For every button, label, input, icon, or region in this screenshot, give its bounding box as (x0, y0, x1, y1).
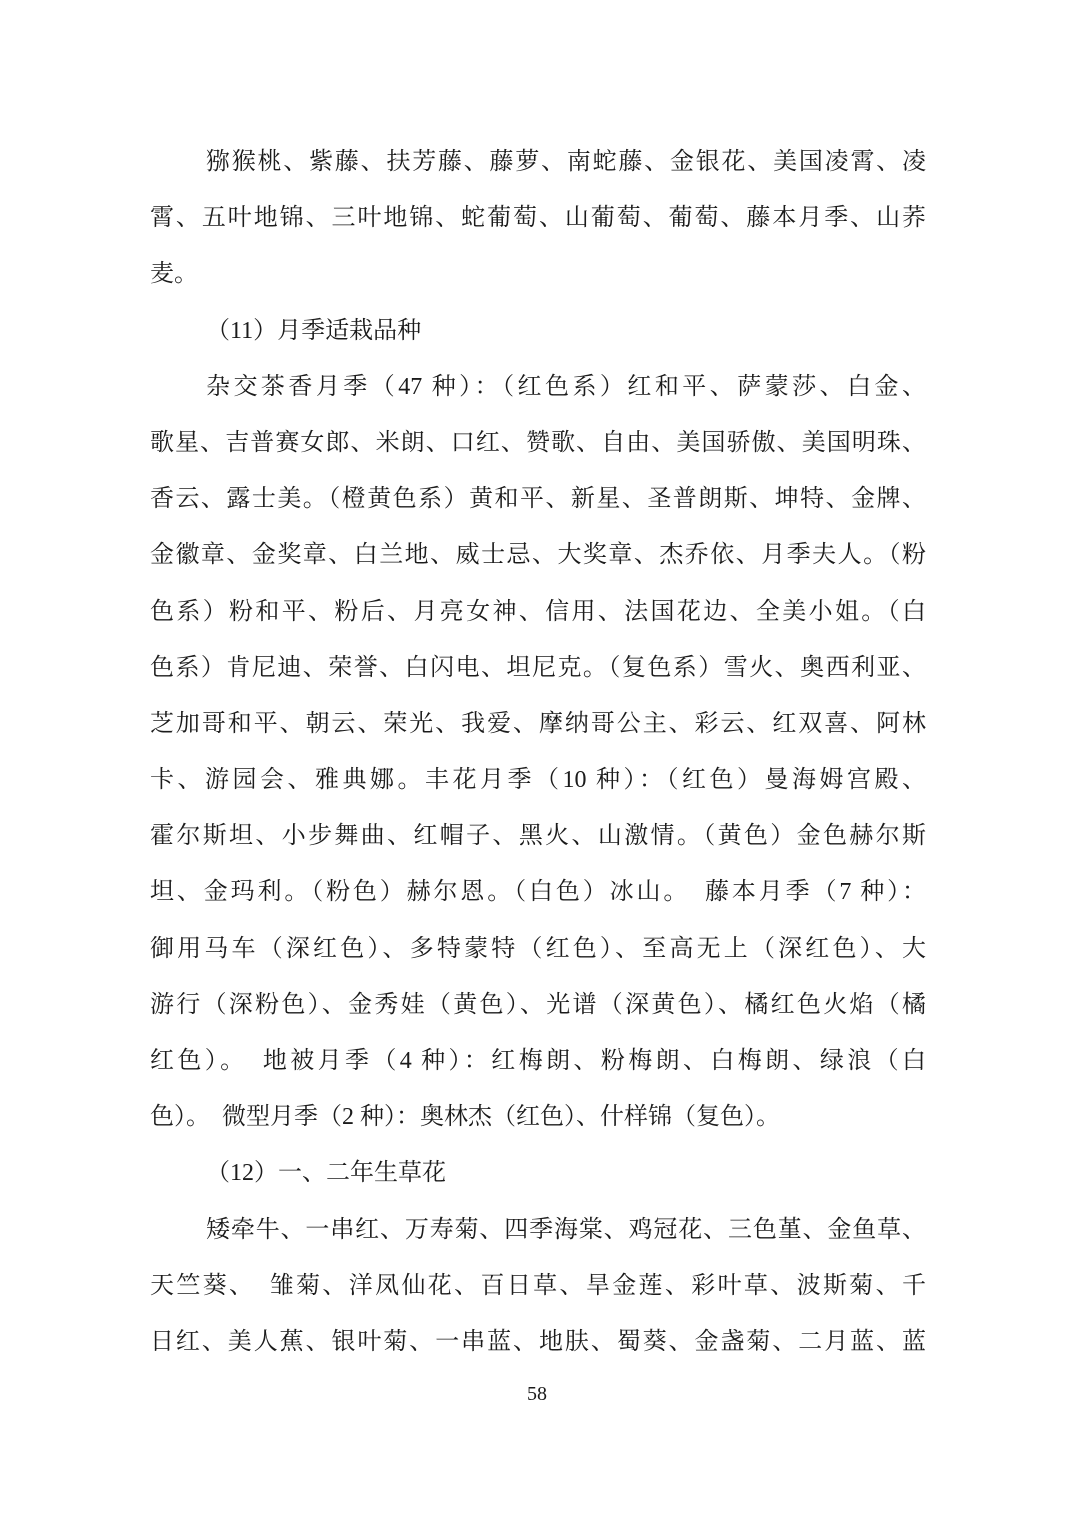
text-line: 色系）粉和平、粉后、月亮女神、信用、法国花边、全美小姐。（白 (150, 584, 926, 640)
text-line: 坦、金玛利。（粉色）赫尔恩。（白色）冰山。 藤本月季（7 种）： (150, 864, 926, 920)
page-number: 58 (0, 1381, 1074, 1407)
text-line: （12）一、二年生草花 (150, 1145, 926, 1201)
text-line: 色系）肯尼迪、荣誉、白闪电、坦尼克。（复色系）雪火、奥西利亚、 (150, 640, 926, 696)
text-line: 御用马车（深红色）、多特蒙特（红色）、至高无上（深红色）、大 (150, 921, 926, 977)
text-line: 游行（深粉色）、金秀娃（黄色）、光谱（深黄色）、橘红色火焰（橘 (150, 977, 926, 1033)
text-line: 金徽章、金奖章、白兰地、威士忌、大奖章、杰乔依、月季夫人。（粉 (150, 527, 926, 583)
document-page: 猕猴桃、紫藤、扶芳藤、藤萝、南蛇藤、金银花、美国凌霄、凌霄、五叶地锦、三叶地锦、… (0, 0, 1074, 1520)
text-line: 歌星、吉普赛女郎、米朗、口红、赞歌、自由、美国骄傲、美国明珠、 (150, 415, 926, 471)
text-line: 霍尔斯坦、小步舞曲、红帽子、黑火、山激情。（黄色）金色赫尔斯 (150, 808, 926, 864)
text-line: 天竺葵、 雏菊、洋凤仙花、百日草、旱金莲、彩叶草、波斯菊、千 (150, 1258, 926, 1314)
text-line: （11）月季适栽品种 (150, 303, 926, 359)
text-line: 色）。 微型月季（2 种）：奥林杰（红色）、什样锦（复色）。 (150, 1089, 926, 1145)
text-line: 香云、露士美。（橙黄色系）黄和平、新星、圣普朗斯、坤特、金牌、 (150, 471, 926, 527)
text-line: 芝加哥和平、朝云、荣光、我爱、摩纳哥公主、彩云、红双喜、阿林 (150, 696, 926, 752)
text-line: 麦。 (150, 246, 926, 302)
text-line: 霄、五叶地锦、三叶地锦、蛇葡萄、山葡萄、葡萄、藤本月季、山荞 (150, 190, 926, 246)
text-line: 红色）。 地被月季（4 种）：红梅朗、粉梅朗、白梅朗、绿浪（白 (150, 1033, 926, 1089)
document-text-block: 猕猴桃、紫藤、扶芳藤、藤萝、南蛇藤、金银花、美国凌霄、凌霄、五叶地锦、三叶地锦、… (150, 134, 926, 1370)
text-line: 杂交茶香月季（47 种）：（红色系）红和平、萨蒙莎、白金、 (150, 359, 926, 415)
text-line: 卡、游园会、雅典娜。丰花月季（10 种）：（红色）曼海姆宫殿、 (150, 752, 926, 808)
text-line: 日红、美人蕉、银叶菊、一串蓝、地肤、蜀葵、金盏菊、二月蓝、蓝 (150, 1314, 926, 1370)
text-line: 猕猴桃、紫藤、扶芳藤、藤萝、南蛇藤、金银花、美国凌霄、凌 (150, 134, 926, 190)
text-line: 矮牵牛、一串红、万寿菊、四季海棠、鸡冠花、三色堇、金鱼草、 (150, 1202, 926, 1258)
